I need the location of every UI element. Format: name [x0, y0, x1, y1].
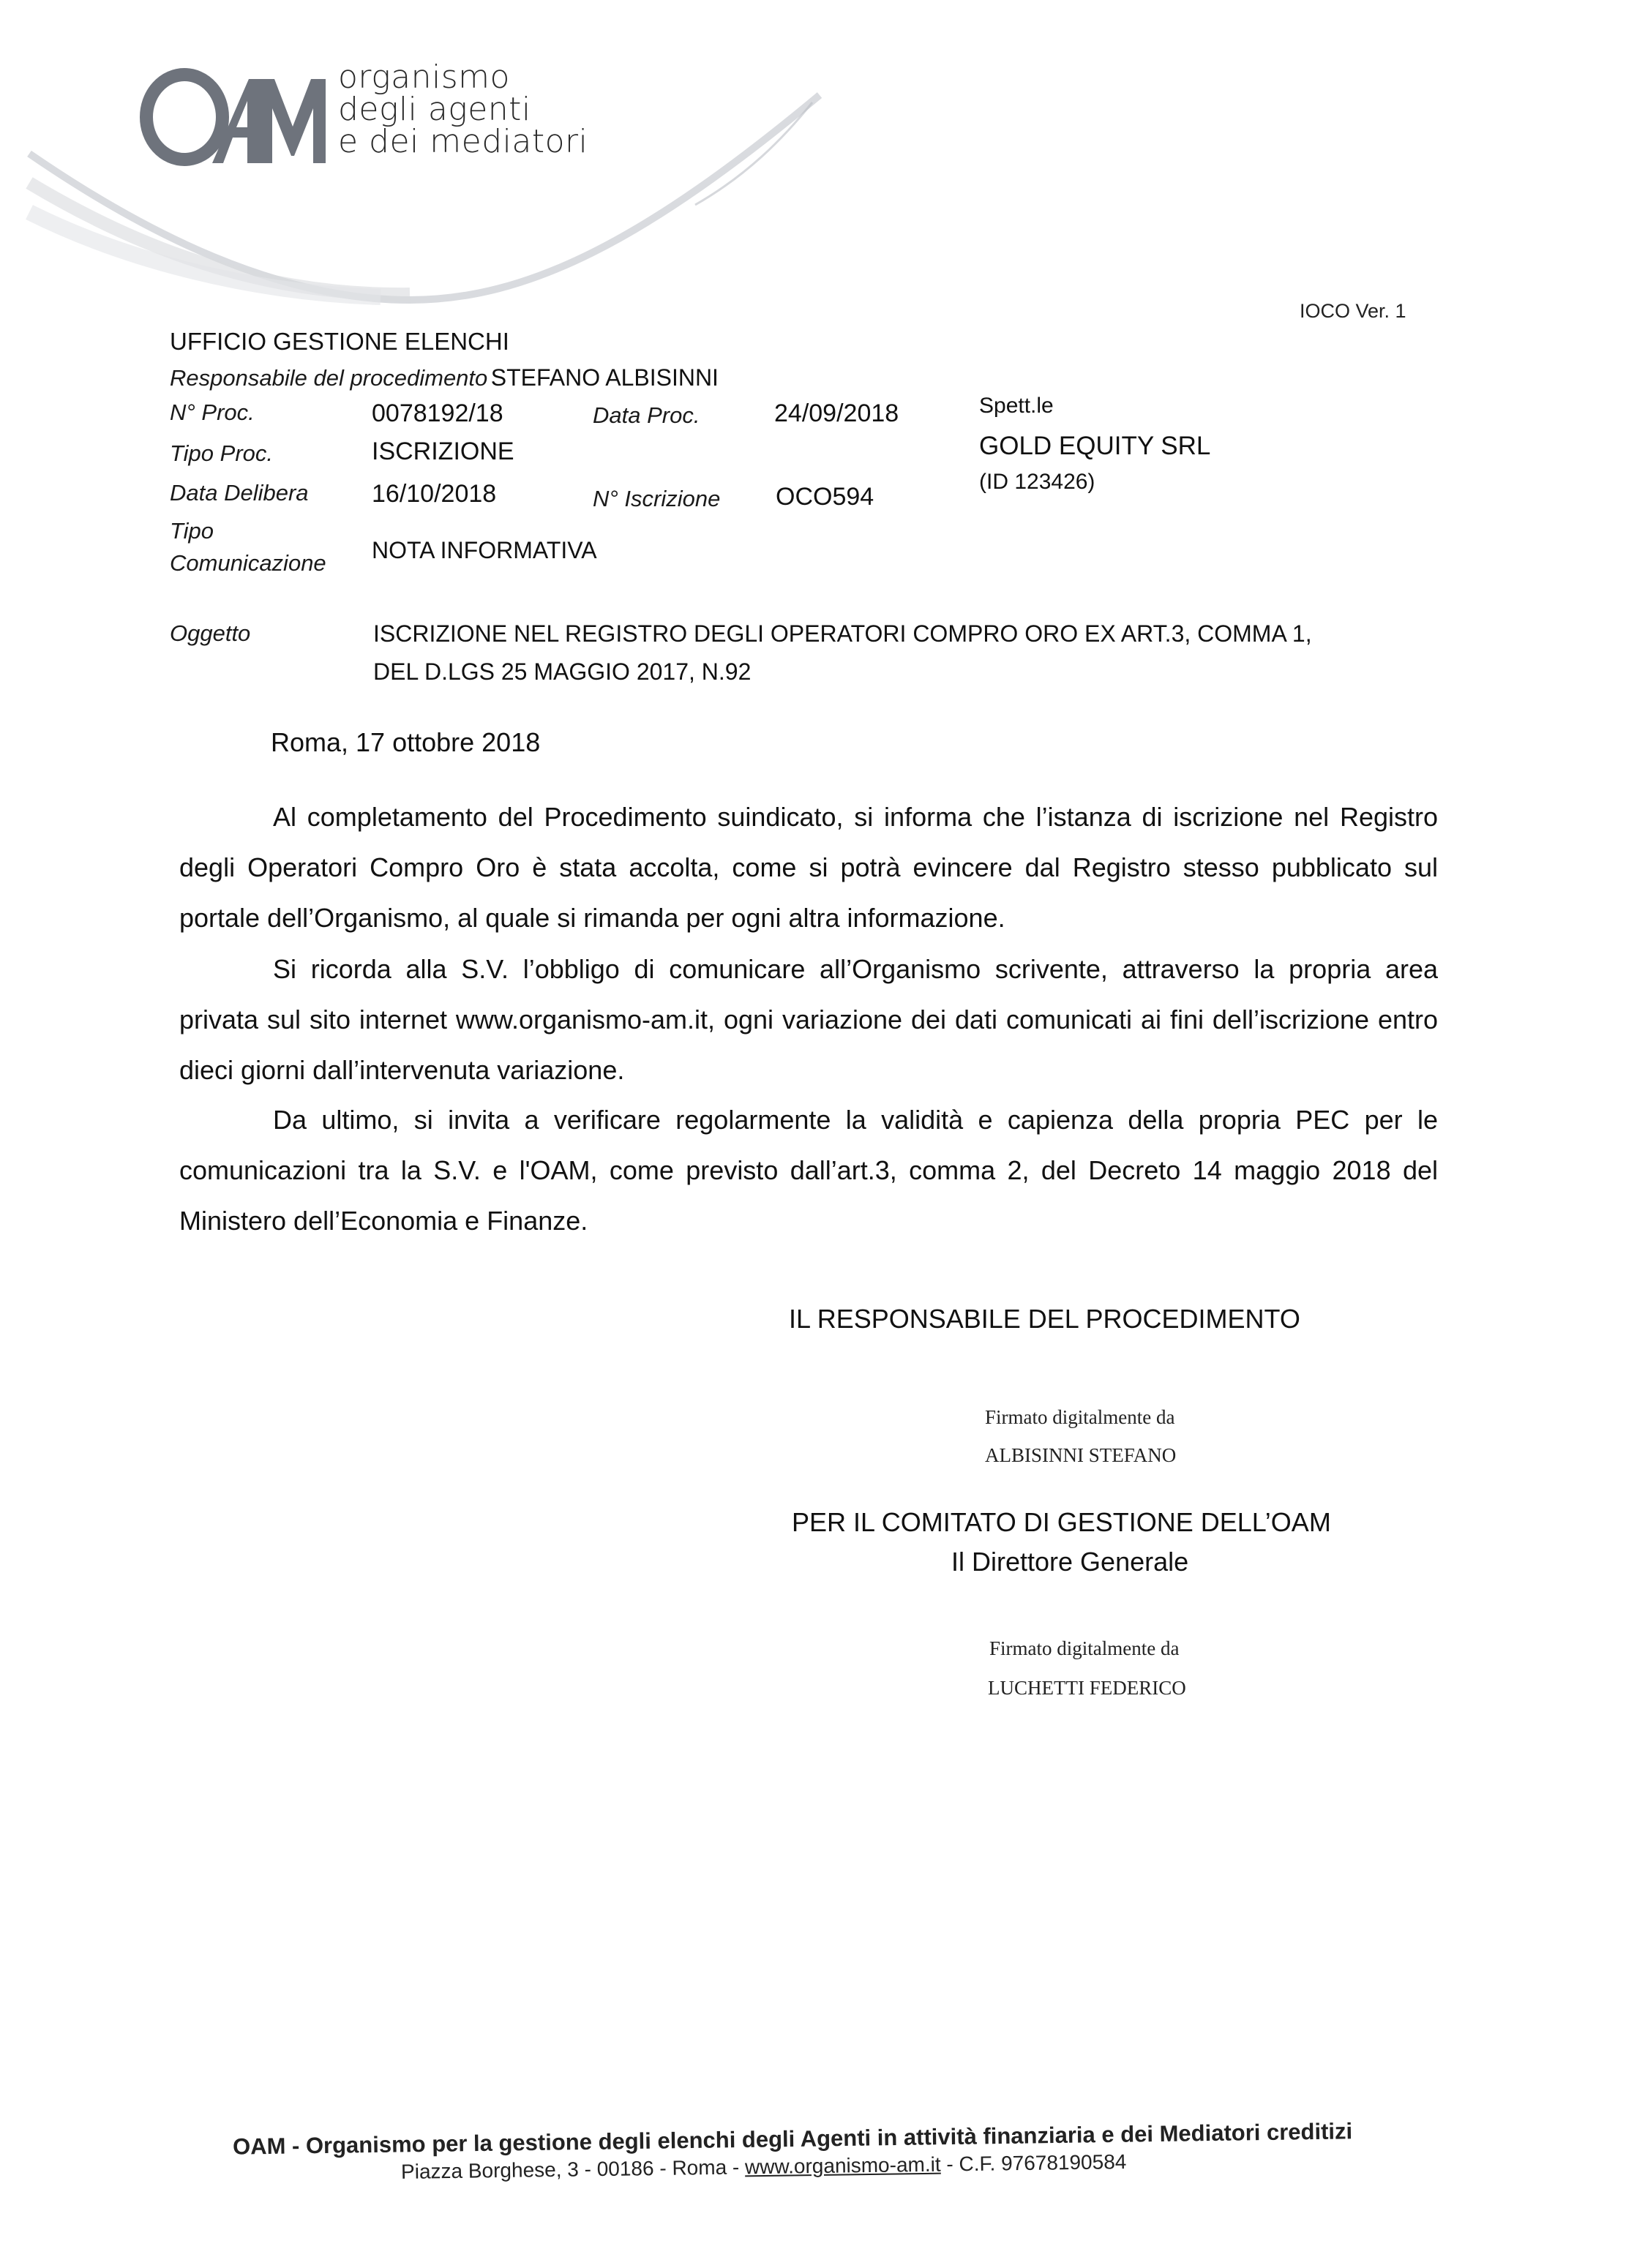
committee-role: Il Direttore Generale — [951, 1547, 1188, 1577]
responsible-line: Responsabile del procedimento STEFANO AL… — [170, 364, 719, 391]
footer-tax-code: - C.F. 97678190584 — [940, 2150, 1126, 2176]
recipient-name: GOLD EQUITY SRL — [979, 432, 1210, 461]
body-paragraph-3: Da ultimo, si invita a verificare regola… — [179, 1094, 1438, 1246]
body-paragraph-2: Si ricorda alla S.V. l’obbligo di comuni… — [179, 944, 1438, 1095]
footer-website-link[interactable]: www.organismo-am.it — [745, 2153, 941, 2179]
footer-organization: OAM - Organismo per la gestione degli el… — [233, 2118, 1353, 2160]
subject-line-1: ISCRIZIONE NEL REGISTRO DEGLI OPERATORI … — [373, 620, 1312, 647]
tipo-com-value: NOTA INFORMATIVA — [372, 537, 597, 564]
office-name: UFFICIO GESTIONE ELENCHI — [170, 328, 509, 356]
data-delibera-value: 16/10/2018 — [372, 480, 496, 508]
document-version: IOCO Ver. 1 — [1300, 300, 1406, 323]
n-proc-label: N° Proc. — [170, 399, 255, 426]
tipo-com-label-1: Tipo — [170, 518, 214, 544]
subject-line-2: DEL D.LGS 25 MAGGIO 2017, N.92 — [373, 658, 751, 686]
responsible-name: STEFANO ALBISINNI — [491, 364, 719, 391]
tipo-proc-value: ISCRIZIONE — [372, 438, 514, 466]
logo-wordmark: organismo degli agenti e dei mediatori — [338, 61, 588, 158]
logo-line-1: organismo — [338, 61, 588, 94]
oam-logo: organismo degli agenti e dei mediatori — [139, 59, 607, 198]
recipient-id: (ID 123426) — [979, 470, 1095, 495]
place-date: Roma, 17 ottobre 2018 — [271, 727, 540, 758]
oam-logo-mark-icon — [139, 64, 337, 174]
responsible-signed-label: Firmato digitalmente da — [985, 1406, 1174, 1429]
tipo-com-label-2: Comunicazione — [170, 550, 326, 577]
committee-title: PER IL COMITATO DI GESTIONE DELL’OAM — [792, 1507, 1331, 1538]
subject-label: Oggetto — [170, 620, 250, 647]
footer-address: Piazza Borghese, 3 - 00186 - Roma - — [401, 2155, 745, 2183]
tipo-proc-label: Tipo Proc. — [170, 440, 273, 467]
logo-line-2: degli agenti — [338, 94, 588, 126]
body-paragraph-1: Al completamento del Procedimento suindi… — [179, 792, 1438, 943]
committee-signed-label: Firmato digitalmente da — [989, 1637, 1179, 1660]
responsible-label: Responsabile del procedimento — [170, 365, 487, 391]
responsible-title: IL RESPONSABILE DEL PROCEDIMENTO — [789, 1304, 1300, 1334]
recipient-salutation: Spett.le — [979, 394, 1054, 418]
n-proc-value: 0078192/18 — [372, 399, 503, 428]
data-proc-label: Data Proc. — [593, 402, 700, 429]
n-iscrizione-value: OCO594 — [776, 483, 874, 511]
responsible-signer-name: ALBISINNI STEFANO — [985, 1444, 1176, 1467]
data-delibera-label: Data Delibera — [170, 480, 309, 506]
n-iscrizione-label: N° Iscrizione — [593, 486, 720, 512]
data-proc-value: 24/09/2018 — [774, 399, 899, 428]
committee-signer-name: LUCHETTI FEDERICO — [988, 1677, 1186, 1700]
logo-line-3: e dei mediatori — [338, 126, 588, 158]
